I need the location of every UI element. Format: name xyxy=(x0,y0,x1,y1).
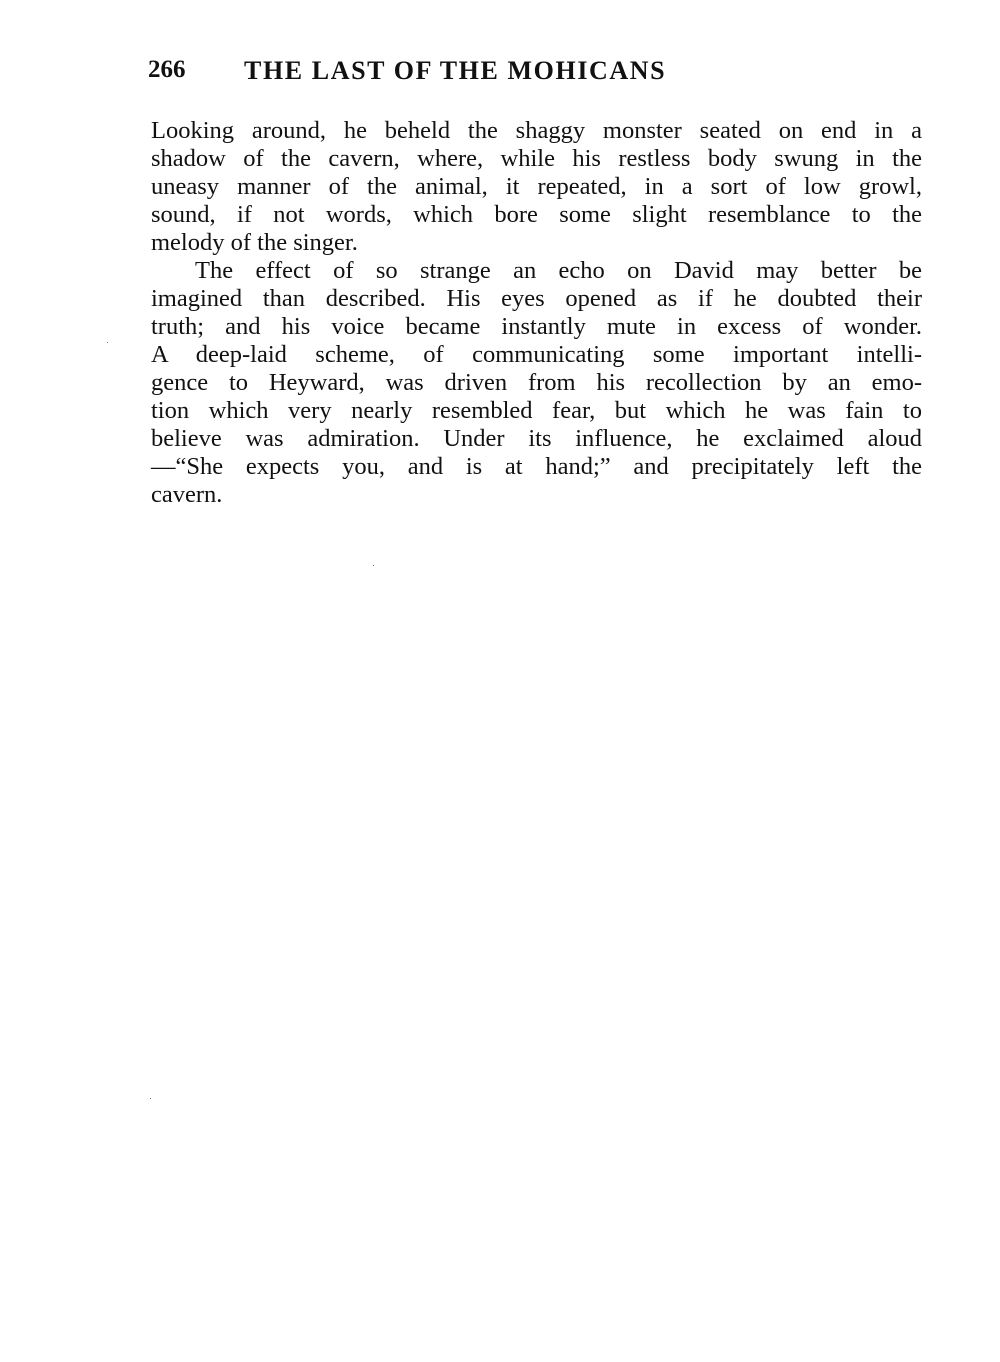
paragraph-1: Looking around, he beheld the shaggy mon… xyxy=(151,117,922,257)
text-line: sound, if not words, which bore some sli… xyxy=(151,201,922,229)
text-line: cavern. xyxy=(151,481,922,509)
text-line: tion which very nearly resembled fear, b… xyxy=(151,397,922,425)
running-title: THE LAST OF THE MOHICANS xyxy=(244,56,666,86)
text-line: believe was admiration. Under its influe… xyxy=(151,425,922,453)
running-head: 266 THE LAST OF THE MOHICANS xyxy=(148,56,928,90)
scan-speck xyxy=(107,342,108,343)
text-line: imagined than described. His eyes opened… xyxy=(151,285,922,313)
text-line: The effect of so strange an echo on Davi… xyxy=(151,257,922,285)
text-line: A deep-laid scheme, of communicating som… xyxy=(151,341,922,369)
book-page: 266 THE LAST OF THE MOHICANS Looking aro… xyxy=(0,0,1000,1362)
text-line: Looking around, he beheld the shaggy mon… xyxy=(151,117,922,145)
paragraph-2: The effect of so strange an echo on Davi… xyxy=(151,257,922,509)
text-line: —“She expects you, and is at hand;” and … xyxy=(151,453,922,481)
text-line: gence to Heyward, was driven from his re… xyxy=(151,369,922,397)
page-number: 266 xyxy=(148,56,186,84)
text-line: truth; and his voice became instantly mu… xyxy=(151,313,922,341)
text-line: uneasy manner of the animal, it repeated… xyxy=(151,173,922,201)
text-line: melody of the singer. xyxy=(151,229,922,257)
text-line: shadow of the cavern, where, while his r… xyxy=(151,145,922,173)
body-text: Looking around, he beheld the shaggy mon… xyxy=(151,117,922,509)
scan-speck xyxy=(150,1098,151,1099)
scan-speck xyxy=(373,565,374,566)
